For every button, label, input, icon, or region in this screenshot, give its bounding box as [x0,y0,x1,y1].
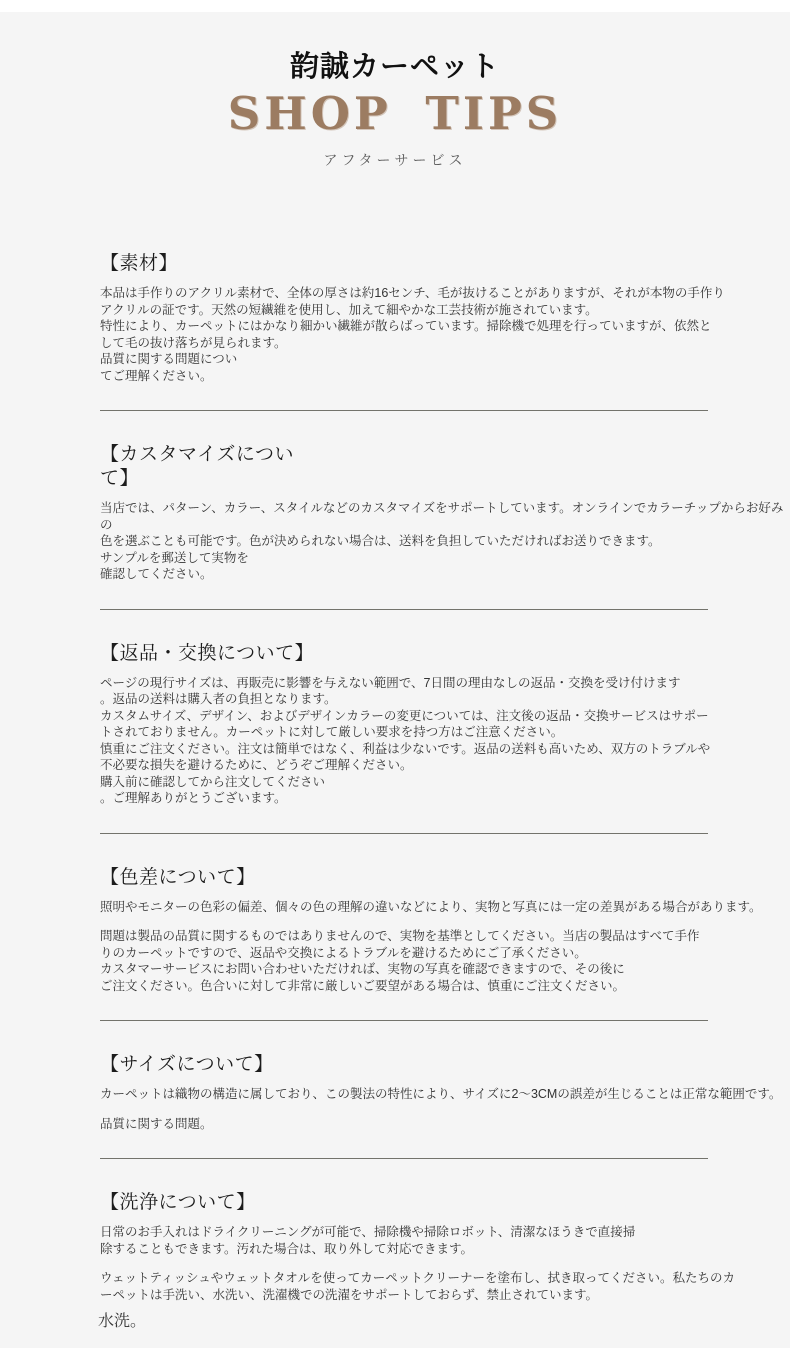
section-material-title: 【素材】 [100,252,786,276]
washing-note: 水洗。 [98,1311,786,1333]
section-washing-paragraph-1: 日常のお手入れはドライクリーニングが可能で、掃除機や掃除ロボット、清潔なほうきで… [100,1224,786,1257]
section-divider [100,1020,708,1021]
section-color-difference: 【色差について】 照明やモニターの色彩の偏差、個々の色の理解の違いなどにより、実… [100,866,786,995]
section-color-difference-title: 【色差について】 [100,866,786,890]
section-washing-paragraph-2: ウェットティッシュやウェットタオルを使ってカーペットクリーナーを塗布し、拭き取っ… [100,1270,786,1303]
section-size-paragraph-2: 品質に関する問題。 [100,1116,786,1133]
shop-tips-logo: SHOP TIPS [0,86,790,142]
section-washing: 【洗浄について】 日常のお手入れはドライクリーニングが可能で、掃除機や掃除ロボッ… [100,1191,786,1333]
section-size-title: 【サイズについて】 [100,1053,786,1077]
after-service-page: 韵誠カーペット SHOP TIPS アフターサービス 【素材】 本品は手作りのア… [0,12,790,1348]
section-returns: 【返品・交換について】 ページの現行サイズは、再販売に影響を与えない範囲で、7日… [100,642,786,807]
section-returns-paragraph: ページの現行サイズは、再販売に影響を与えない範囲で、7日間の理由なしの返品・交換… [100,675,786,807]
section-size-paragraph-1: カーペットは織物の構造に属しており、この製法の特性により、サイズに2〜3CMの誤… [100,1086,786,1103]
section-color-difference-paragraph-2: 問題は製品の品質に関するものではありませんので、実物を基準としてください。当店の… [100,928,786,994]
section-divider [100,1158,708,1159]
section-material-paragraph: 本品は手作りのアクリル素材で、全体の厚さは約16センチ、毛が抜けることがあります… [100,285,786,384]
section-washing-title: 【洗浄について】 [100,1191,786,1215]
sections-container: 【素材】 本品は手作りのアクリル素材で、全体の厚さは約16センチ、毛が抜けること… [0,252,790,1333]
section-customize-title: 【カスタマイズについ て】 [100,443,786,491]
section-color-difference-paragraph-1: 照明やモニターの色彩の偏差、個々の色の理解の違いなどにより、実物と写真には一定の… [100,899,786,916]
section-customize-paragraph: 当店では、パターン、カラー、スタイルなどのカスタマイズをサポートしています。オン… [100,500,786,583]
page-header: 韵誠カーペット SHOP TIPS アフターサービス [0,50,790,170]
section-customize: 【カスタマイズについ て】 当店では、パターン、カラー、スタイルなどのカスタマイ… [100,443,786,583]
section-divider [100,609,708,610]
after-service-subtitle: アフターサービス [0,150,790,170]
section-divider [100,410,708,411]
section-material: 【素材】 本品は手作りのアクリル素材で、全体の厚さは約16センチ、毛が抜けること… [100,252,786,384]
section-returns-title: 【返品・交換について】 [100,642,786,666]
brand-title: 韵誠カーペット [0,50,790,84]
section-size: 【サイズについて】 カーペットは織物の構造に属しており、この製法の特性により、サ… [100,1053,786,1132]
section-divider [100,833,708,834]
